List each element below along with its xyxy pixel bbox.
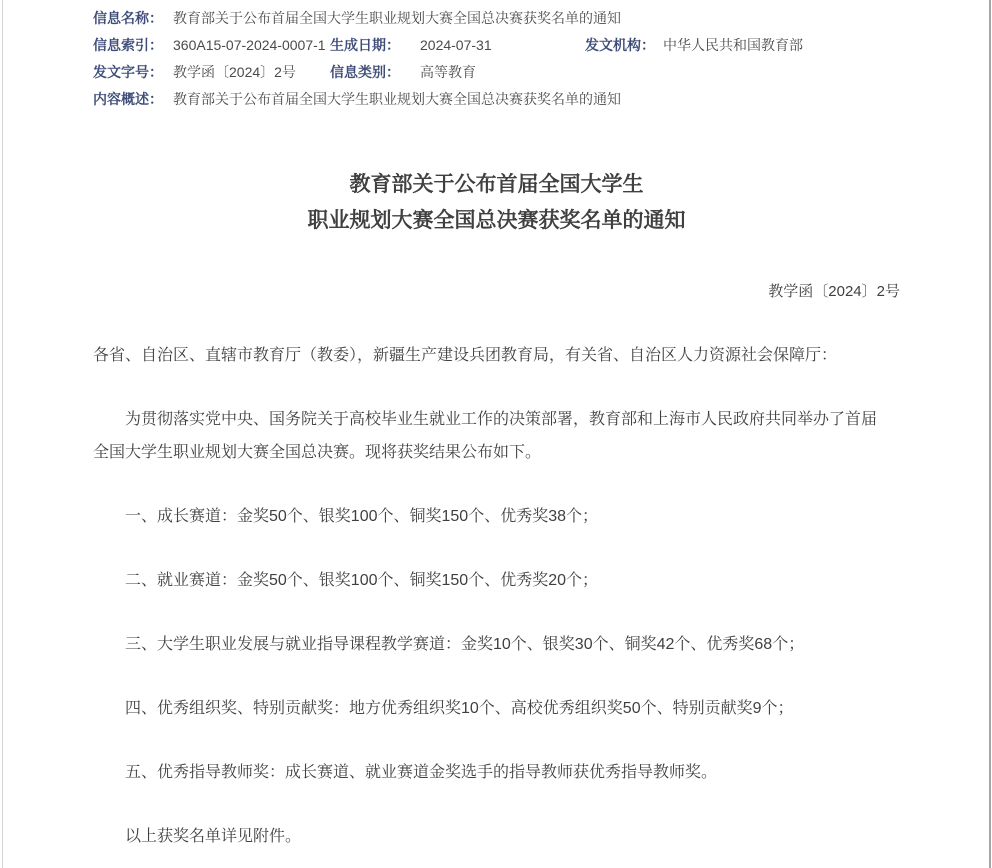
document-title: 教育部关于公布首届全国大学生 职业规划大赛全国总决赛获奖名单的通知: [93, 167, 900, 239]
notice-page: 信息名称： 教育部关于公布首届全国大学生职业规划大赛全国总决赛获奖名单的通知 信…: [0, 0, 992, 868]
metadata-empty-cell: [663, 59, 905, 86]
salutation-paragraph: 各省、自治区、直辖市教育厅（教委），新疆生产建设兵团教育局，有关省、自治区人力资…: [93, 339, 888, 372]
award-item-1: 一、成长赛道：金奖50个、银奖100个、铜奖150个、优秀奖38个；: [93, 500, 888, 533]
document-body: 各省、自治区、直辖市教育厅（教委），新疆生产建设兵团教育局，有关省、自治区人力资…: [93, 339, 888, 853]
award-item-4: 四、优秀组织奖、特别贡献奖：地方优秀组织奖10个、高校优秀组织奖50个、特别贡献…: [93, 692, 888, 725]
category-value: 高等教育: [420, 59, 585, 86]
page-left-border: [2, 0, 3, 868]
gen-date-value: 2024-07-31: [420, 32, 585, 59]
issuer-value: 中华人民共和国教育部: [663, 32, 905, 59]
document-title-line1: 教育部关于公布首届全国大学生: [93, 167, 900, 203]
summary-value: 教育部关于公布首届全国大学生职业规划大赛全国总决赛获奖名单的通知: [173, 86, 905, 113]
info-index-label: 信息索引：: [93, 32, 173, 59]
info-index-value: 360A15-07-2024-0007-1: [173, 32, 330, 59]
issuer-label: 发文机构：: [585, 32, 663, 59]
closing-paragraph: 以上获奖名单详见附件。: [93, 820, 888, 853]
award-item-5: 五、优秀指导教师奖：成长赛道、就业赛道金奖选手的指导教师获优秀指导教师奖。: [93, 756, 888, 789]
body-paragraph: 为贯彻落实党中央、国务院关于高校毕业生就业工作的决策部署，教育部和上海市人民政府…: [93, 403, 888, 469]
scrollbar-track[interactable]: [989, 0, 991, 868]
award-item-3: 三、大学生职业发展与就业指导课程教学赛道：金奖10个、银奖30个、铜奖42个、优…: [93, 628, 888, 661]
award-item-2: 二、就业赛道：金奖50个、银奖100个、铜奖150个、优秀奖20个；: [93, 564, 888, 597]
document-metadata: 信息名称： 教育部关于公布首届全国大学生职业规划大赛全国总决赛获奖名单的通知 信…: [93, 5, 905, 113]
info-name-value: 教育部关于公布首届全国大学生职业规划大赛全国总决赛获奖名单的通知: [173, 5, 905, 32]
metadata-empty-cell: [585, 59, 663, 86]
gen-date-label: 生成日期：: [330, 32, 420, 59]
doc-number-label: 发文字号：: [93, 59, 173, 86]
info-name-label: 信息名称：: [93, 5, 173, 32]
document-ref-number: 教学函〔2024〕2号: [93, 281, 900, 302]
summary-label: 内容概述：: [93, 86, 173, 113]
category-label: 信息类别：: [330, 59, 420, 86]
document-title-line2: 职业规划大赛全国总决赛获奖名单的通知: [93, 203, 900, 239]
doc-number-value: 教学函〔2024〕2号: [173, 59, 330, 86]
